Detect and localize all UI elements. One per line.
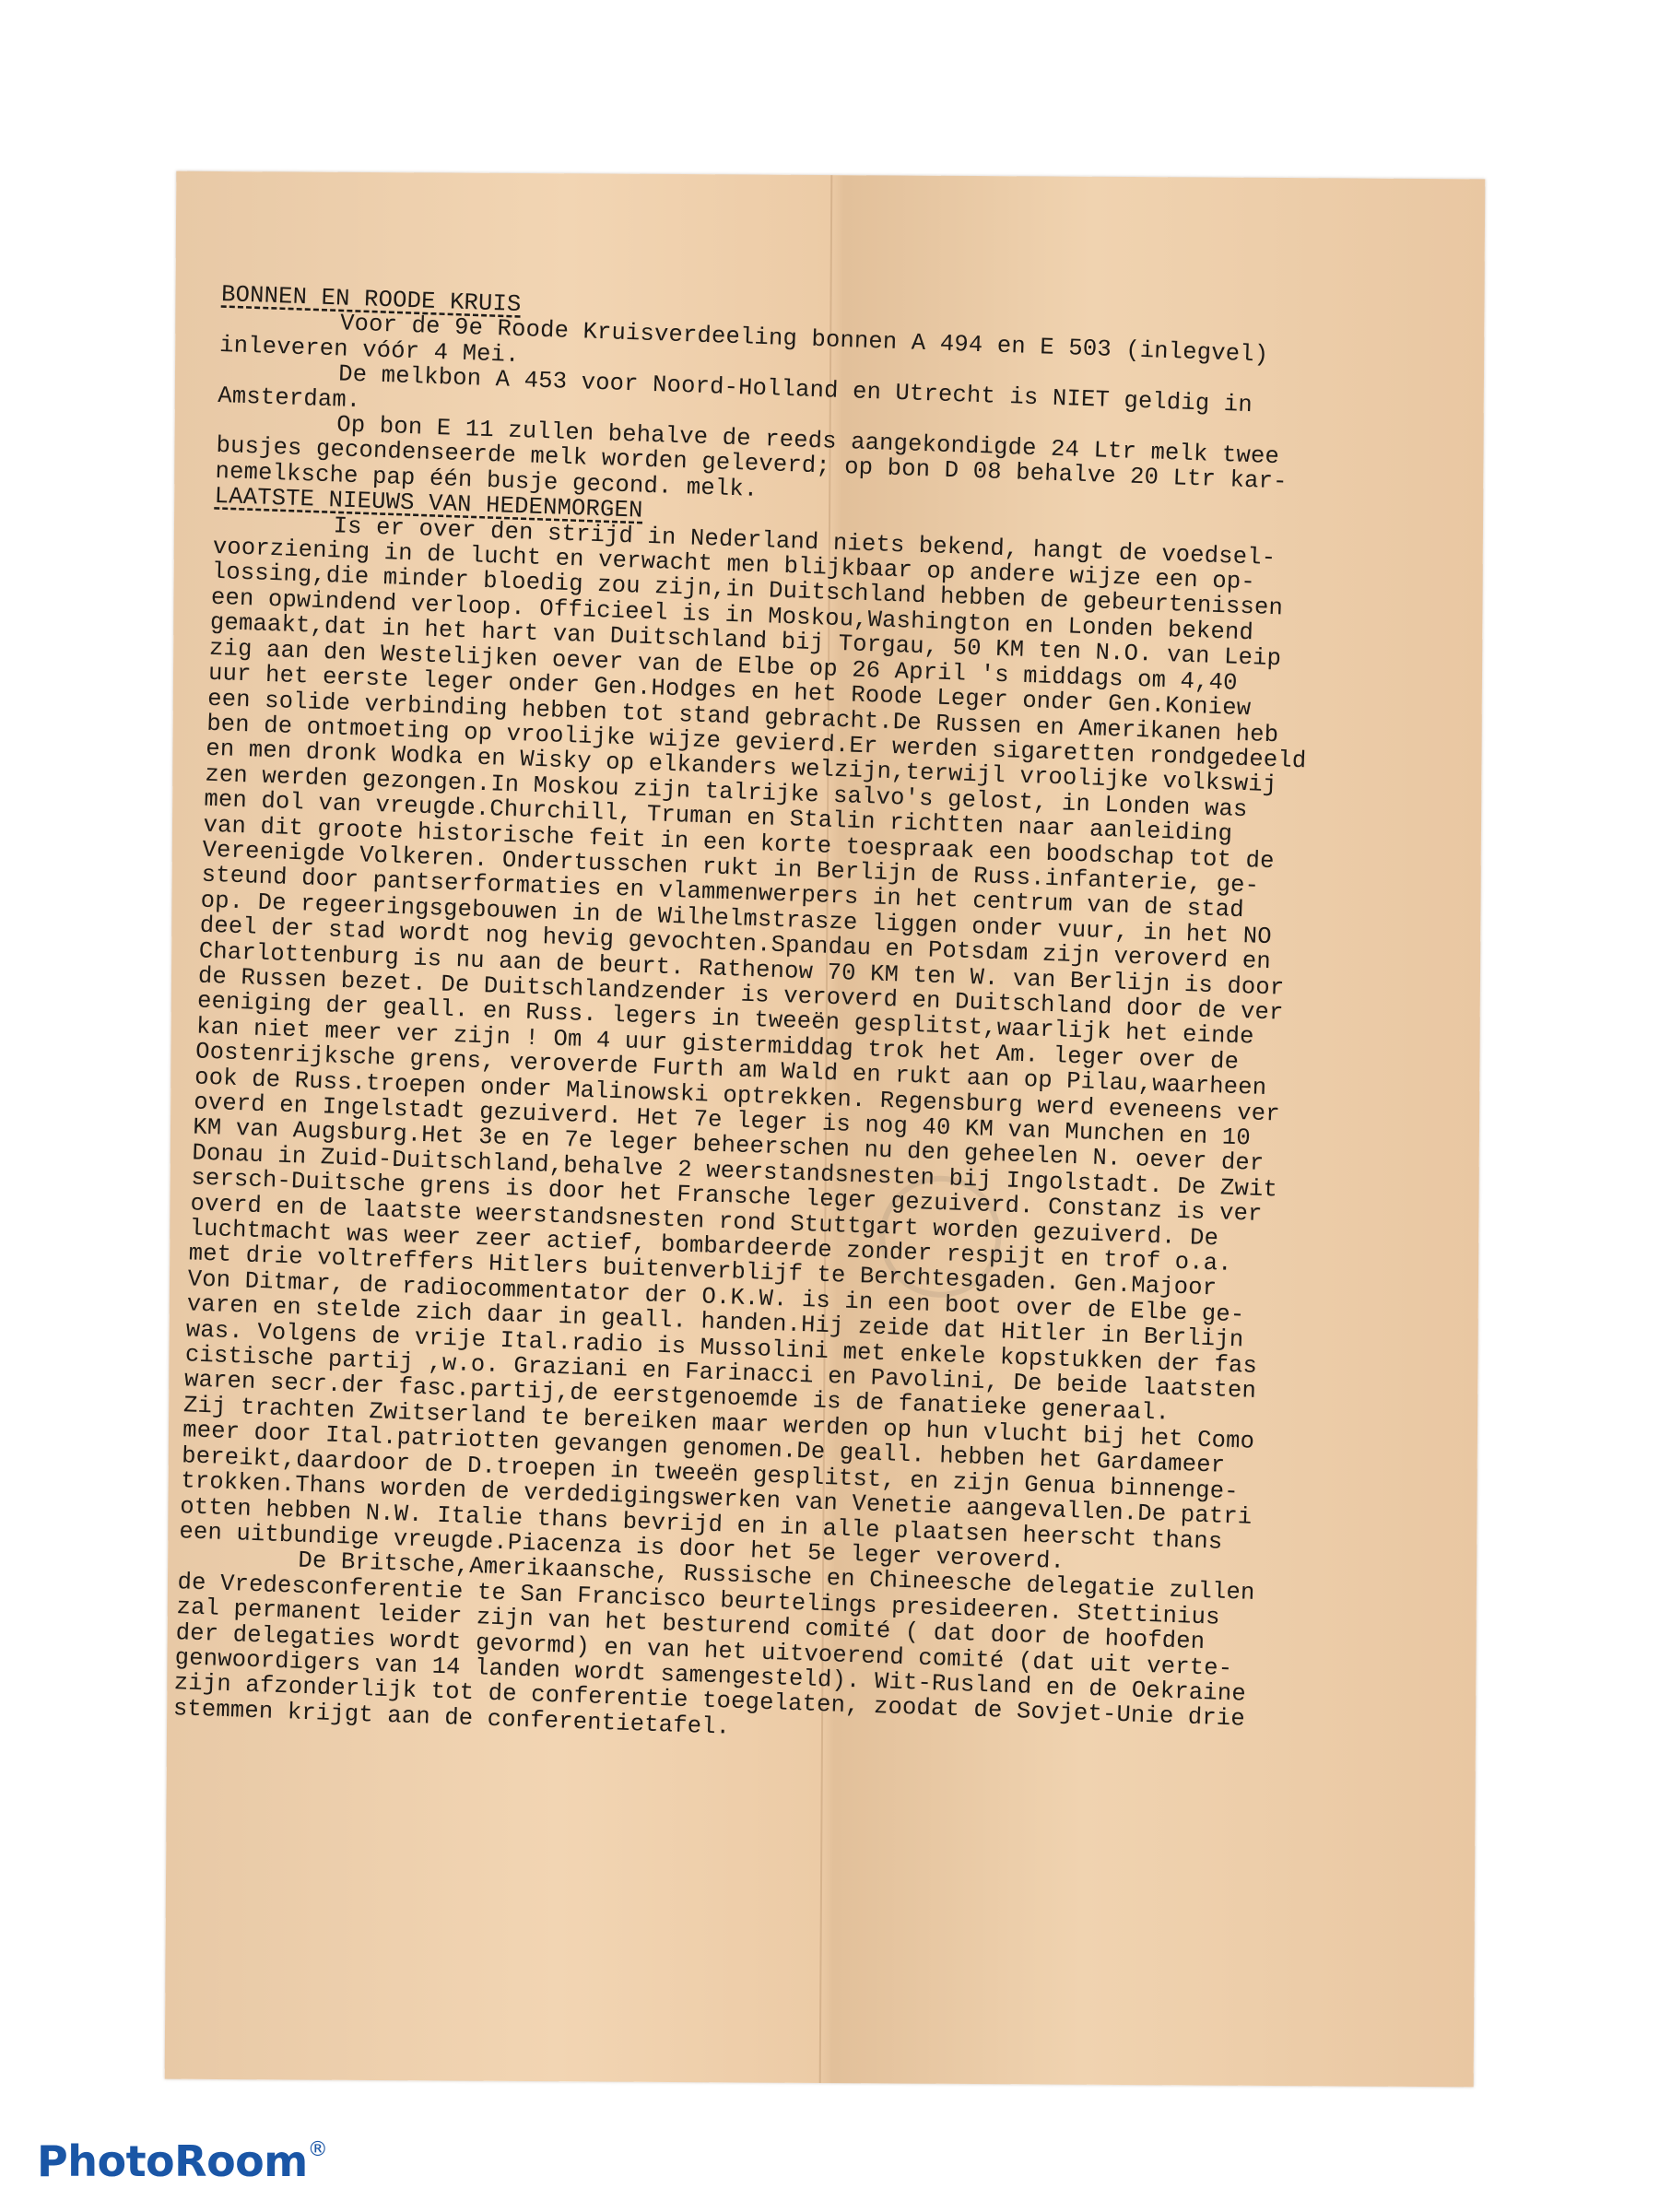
registered-mark-icon: ® xyxy=(308,2138,328,2161)
typed-document-sheet: BONNEN EN ROODE KRUIS Voor de 9e Roode K… xyxy=(165,171,1486,2088)
photoroom-logo: PhotoRoom® xyxy=(37,2136,327,2186)
document-body: BONNEN EN ROODE KRUIS Voor de 9e Roode K… xyxy=(172,282,1455,1763)
brand-name: PhotoRoom xyxy=(37,2136,308,2186)
